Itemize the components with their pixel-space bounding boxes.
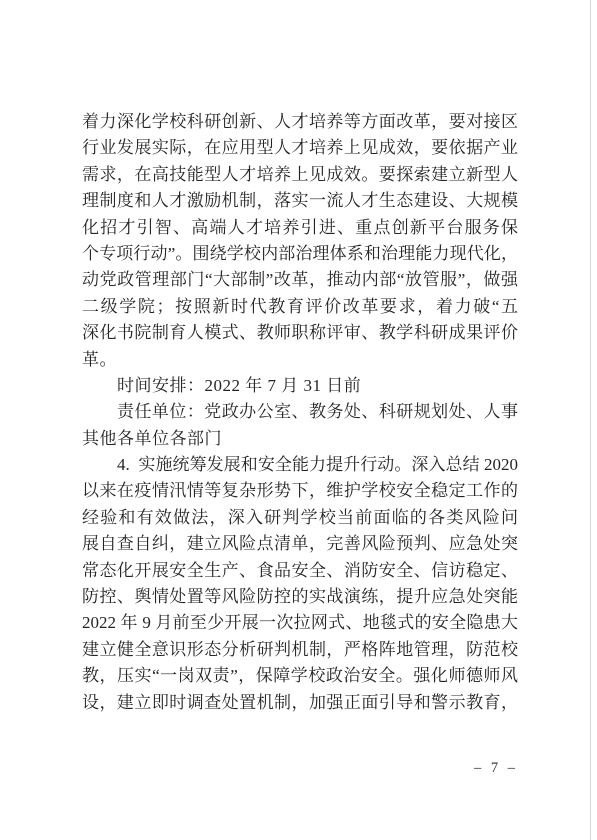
text-line: 防控、舆情处置等风险防控的实战演练，提升应急处突能力，	[82, 584, 518, 610]
schedule-line: 时间安排：2022 年 7 月 31 日前	[82, 373, 518, 399]
page-number: – 7 –	[474, 760, 518, 777]
text-line: 二级学院；按照新时代教育评价改革要求，着力破“五唯”，	[82, 294, 518, 320]
responsible-unit-line: 责任单位：党政办公室、教务处、科研规划处、人事处及	[82, 399, 518, 425]
text-line: 其他各单位各部门	[82, 426, 518, 452]
text-line: 革。	[82, 347, 518, 373]
text-line: 动党政管理部门“大部制”改革，推动内部“放管服”，做强	[82, 267, 518, 293]
text-line: 常态化开展安全生产、食品安全、消防安全、信访稳定、疫情	[82, 558, 518, 584]
text-line: 个专项行动”。围绕学校内部治理体系和治理能力现代化，推	[82, 241, 518, 267]
text-line: 理制度和人才激励机制，落实一流人才生态建设、大规模常态	[82, 188, 518, 214]
text-line: 化招才引智、高端人才培养引进、重点创新平台服务保障“四	[82, 215, 518, 241]
text-line: 2022 年 9 月前至少开展一次拉网式、地毯式的安全隐患大排查。	[82, 610, 518, 636]
text-line: 需求，在高技能型人才培养上见成效。要探索建立新型人才管	[82, 162, 518, 188]
text-line: 展自查自纠，建立风险点清单，完善风险预判、应急处突机制。	[82, 531, 518, 557]
text-line: 着力深化学校科研创新、人才培养等方面改革，要对接区域和	[82, 109, 518, 135]
text-line: 以来在疫情汛情等复杂形势下，维护学校安全稳定工作的成功	[82, 478, 518, 504]
text-line: 建立健全意识形态分析研判机制，严格阵地管理，防范校园传	[82, 637, 518, 663]
text-line: 设，建立即时调查处置机制，加强正面引导和警示教育，对触	[82, 690, 518, 716]
text-line: 行业发展实际，在应用型人才培养上见成效，要依据产业发展	[82, 135, 518, 161]
text-line: 经验和有效做法，深入研判学校当前面临的各类风险问题，开	[82, 505, 518, 531]
text-line: 深化书院制育人模式、教师职称评审、教学科研成果评价等改	[82, 320, 518, 346]
section-4-heading-line: 4. 实施统筹发展和安全能力提升行动。深入总结 2020 年	[82, 452, 518, 478]
document-page: 着力深化学校科研创新、人才培养等方面改革，要对接区域和 行业发展实际，在应用型人…	[0, 0, 597, 840]
page-edge-divider	[590, 0, 591, 840]
body-text: 着力深化学校科研创新、人才培养等方面改革，要对接区域和 行业发展实际，在应用型人…	[82, 109, 518, 716]
text-line: 教，压实“一岗双责”，保障学校政治安全。强化师德师风建	[82, 663, 518, 689]
